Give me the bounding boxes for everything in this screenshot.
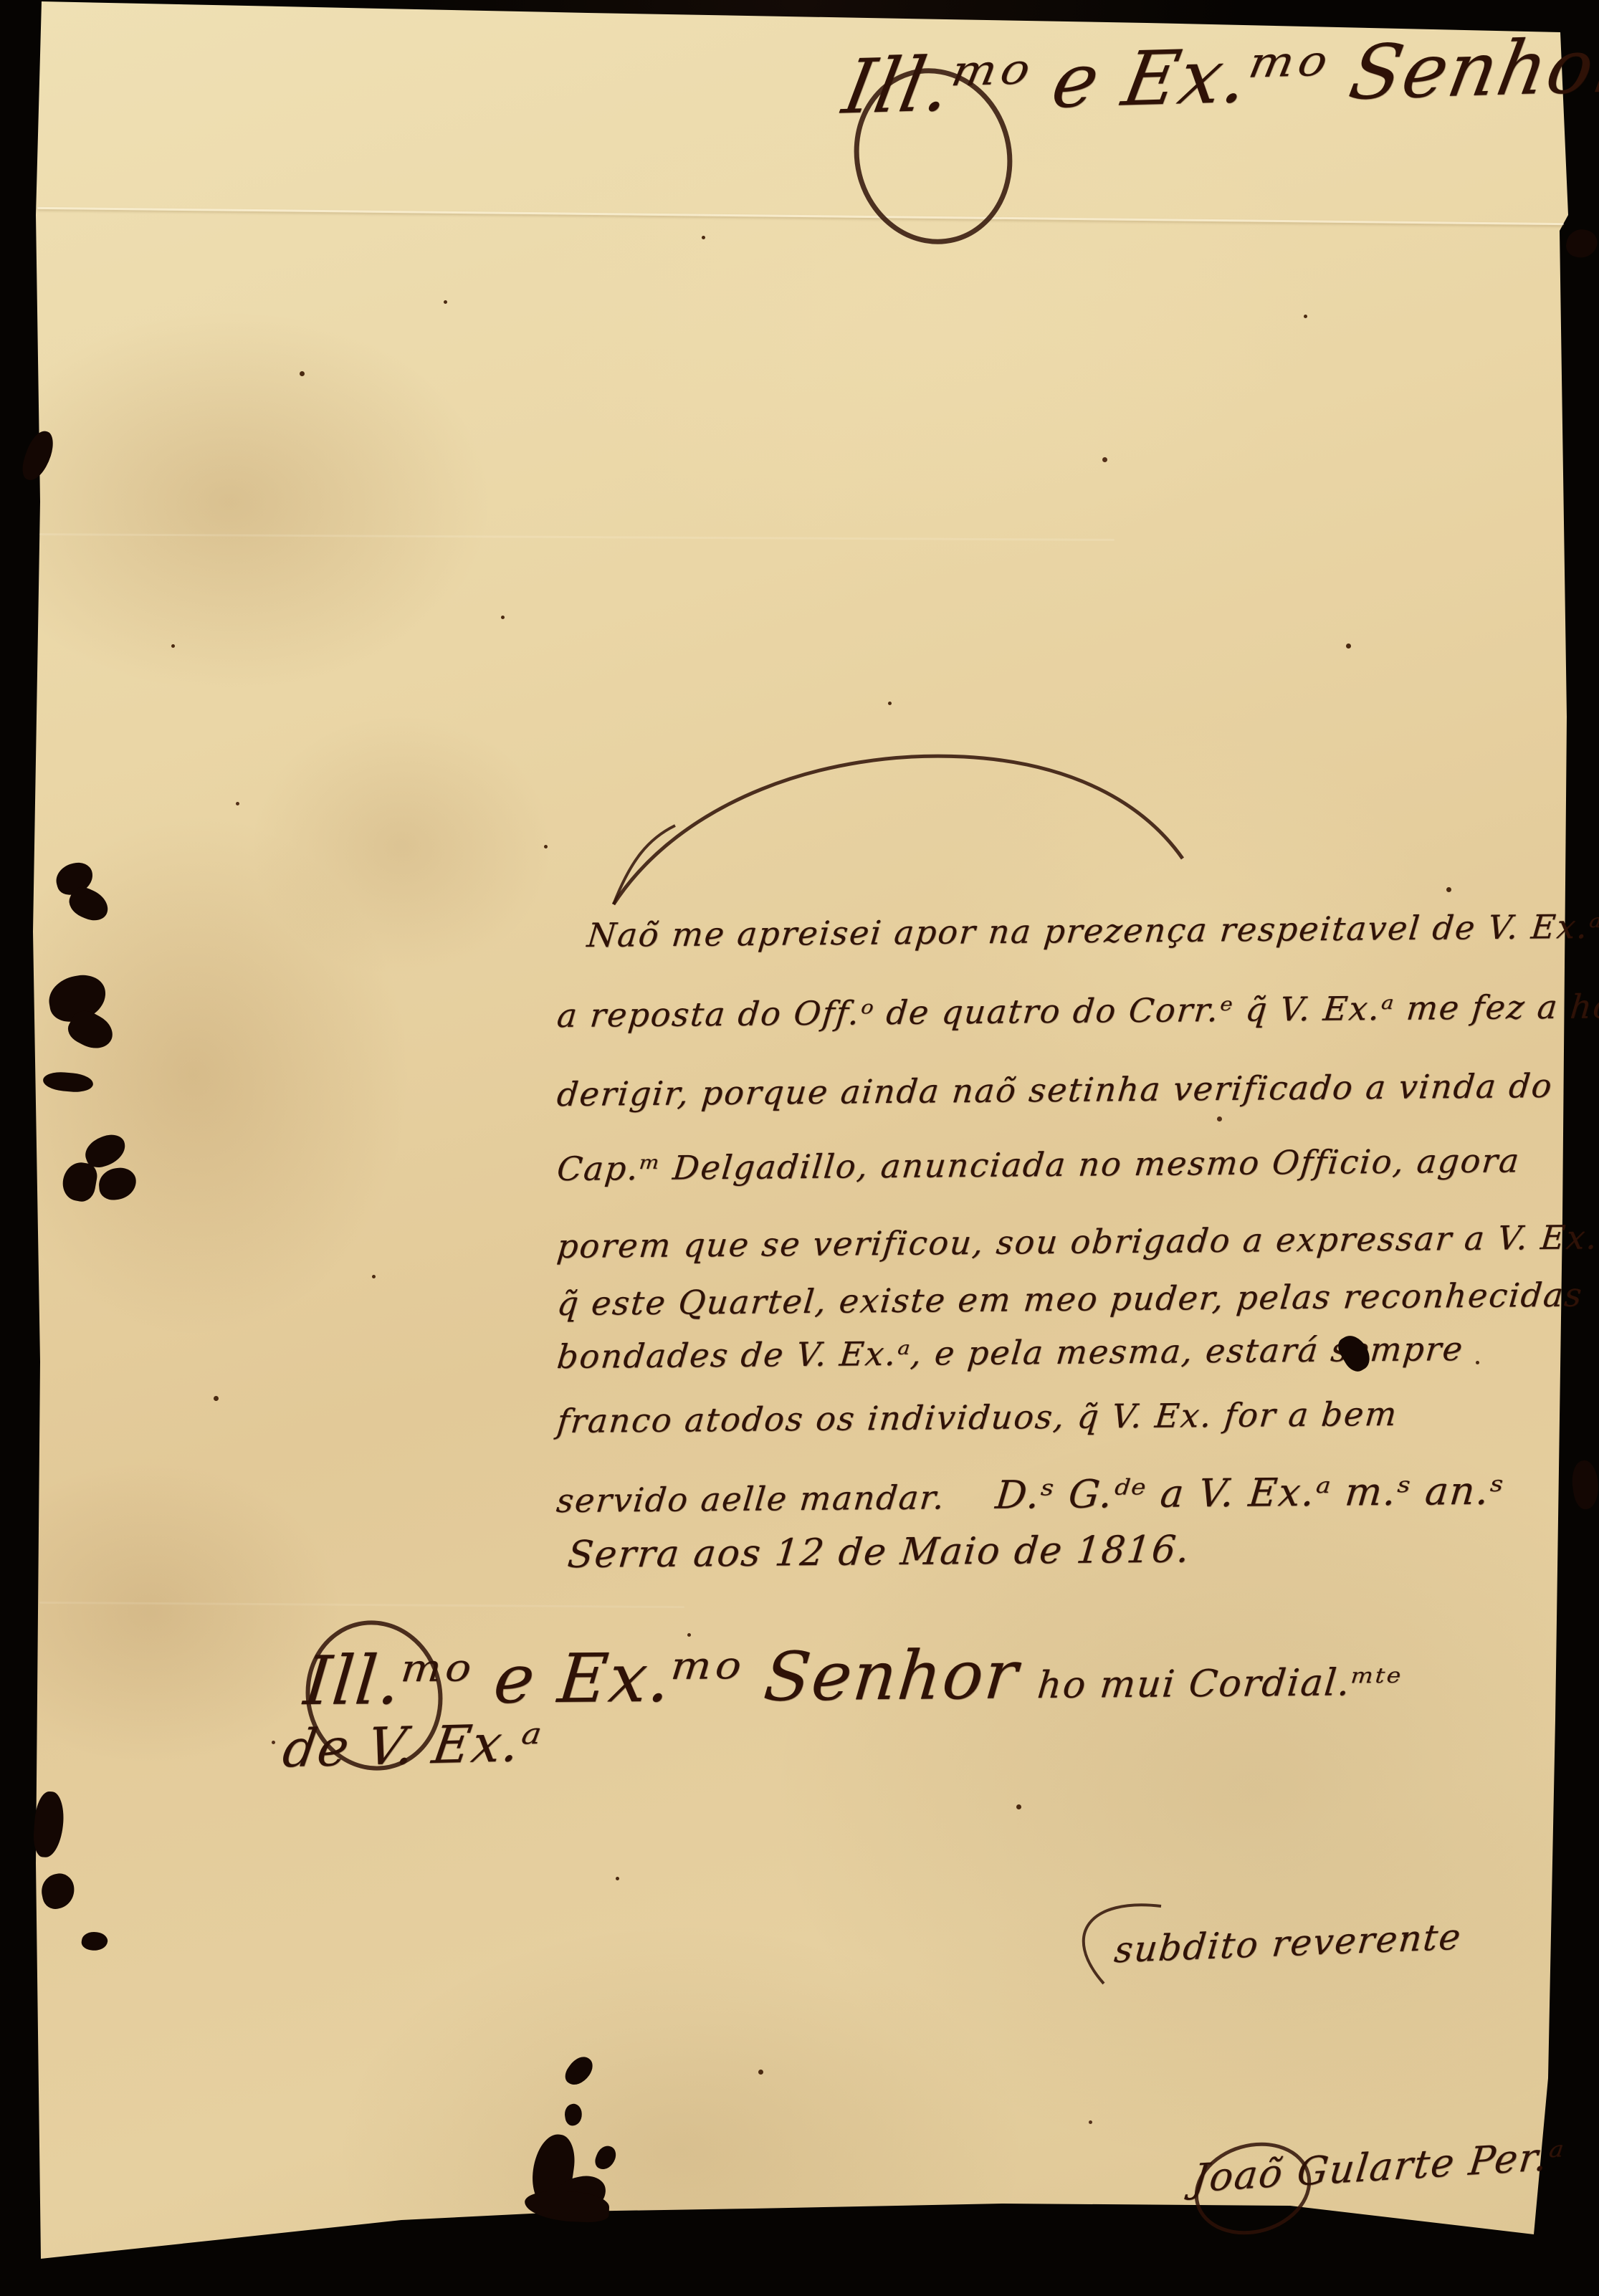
photograph-background: Ill.ᵐᵒ e Ex.ᵐᵒ Senhor Naõ me apreisei ap…: [0, 0, 1599, 2296]
letter-line-text: servido aelle mandar.: [555, 1478, 947, 1520]
letter-closing: Ill.ᵐᵒ e Ex.ᵐᵒ Senhorho mui Cordial.ᵐᵗᵉ: [300, 1633, 1406, 1721]
closing-text: ho mui Cordial.ᵐᵗᵉ: [1036, 1661, 1404, 1707]
ink-blot: [1564, 226, 1599, 262]
letter-line: franco atodos os individuos, q̃ V. Ex. f…: [555, 1395, 1400, 1440]
letter-line: bondades de V. Ex.ᵃ, e pela mesma, estar…: [555, 1329, 1466, 1376]
blessing-formula: D.ˢ G.ᵈᵉ a V. Ex.ᵃ m.ˢ an.ˢ: [993, 1468, 1507, 1517]
ink-blot: [1569, 1459, 1599, 1511]
letter-line: servido aelle mandar.D.ˢ G.ᵈᵉ a V. Ex.ᵃ …: [555, 1468, 1507, 1521]
closing-addressee: de V. Ex.ᵃ: [279, 1712, 546, 1779]
closing-salutation: Ill.ᵐᵒ e Ex.ᵐᵒ Senhor: [300, 1636, 1022, 1721]
foxing-specks: [0, 0, 2, 2]
letter-dateline: Serra aos 12 de Maio de 1816.: [565, 1528, 1192, 1577]
